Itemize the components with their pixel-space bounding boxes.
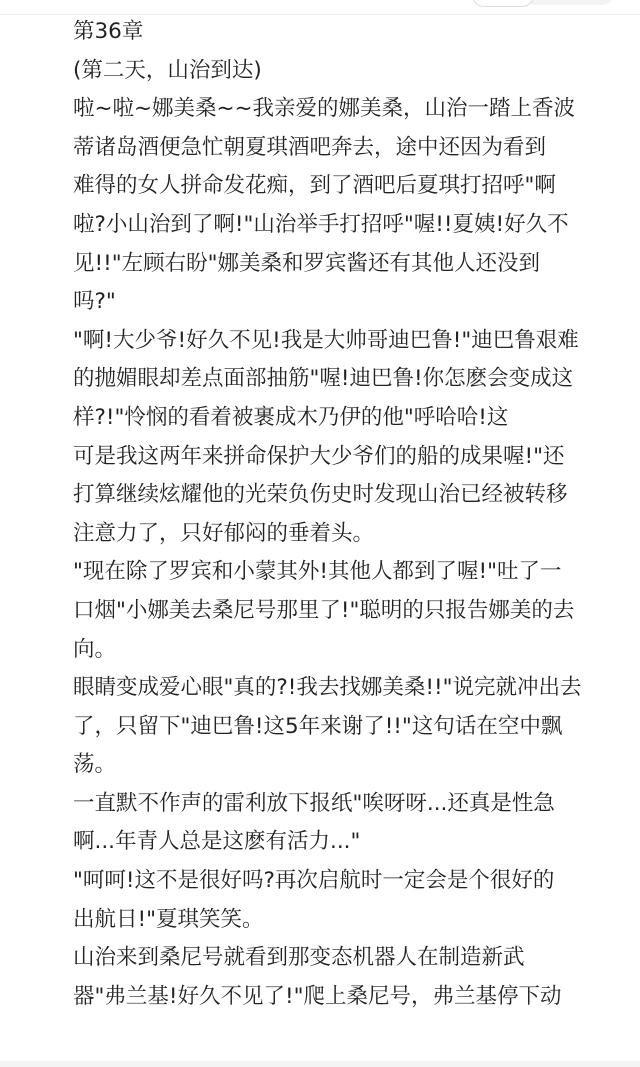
text-line: 啊...年青人总是这麽有活力..." [73,823,613,862]
top-pill-button-secondary[interactable] [525,0,613,5]
text-line: 器"弗兰基!好久不见了!"爬上桑尼号，弗兰基停下动 [73,978,613,1017]
text-line: (第二天，山治到达) [73,52,613,91]
text-line: 了，只留下"迪巴鲁!这5年来谢了!!"这句话在空中飘 [73,708,613,747]
text-line: 口烟"小娜美去桑尼号那里了!"聪明的只报告娜美的去 [73,592,613,631]
bottom-bar [0,1061,640,1067]
text-line: 一直默不作声的雷利放下报纸"唉呀呀...还真是性急 [73,785,613,824]
text-line: 荡。 [73,746,613,785]
text-line: 可是我这两年来拼命保护大少爷们的船的成果喔!"还 [73,438,613,477]
text-line: 出航日!"夏琪笑笑。 [73,901,613,940]
text-line: 向。 [73,631,613,670]
text-line: 山治来到桑尼号就看到那变态机器人在制造新武 [73,939,613,978]
text-line: 啦?小山治到了啊!"山治举手打招呼"喔!!夏姨!好久不 [73,206,613,245]
text-line: "啊!大少爷!好久不见!我是大帅哥迪巴鲁!"迪巴鲁艰难 [73,322,613,361]
top-pill-button-primary[interactable] [472,0,534,7]
text-line: 的抛媚眼却差点面部抽筋"喔!迪巴鲁!你怎麽会变成这 [73,360,613,399]
text-line: 蒂诸岛酒便急忙朝夏琪酒吧奔去，途中还因为看到 [73,129,613,168]
text-line: 眼睛变成爱心眼"真的?!我去找娜美桑!!"说完就冲出去 [73,669,613,708]
chapter-title: 第36章 [73,13,613,52]
text-line: 打算继续炫耀他的光荣负伤史时发现山治已经被转移 [73,476,613,515]
text-line: 难得的女人拼命发花痴，到了酒吧后夏琪打招呼"啊 [73,167,613,206]
text-line: "呵呵!这不是很好吗?再次启航时一定会是个很好的 [73,862,613,901]
text-line: 啦~啦~娜美桑~~我亲爱的娜美桑，山治一踏上香波 [73,90,613,129]
text-line: 注意力了，只好郁闷的垂着头。 [73,515,613,554]
text-line: 见!!"左顾右盼"娜美桑和罗宾酱还有其他人还没到 [73,245,613,284]
text-line: "现在除了罗宾和小蒙其外!其他人都到了喔!"吐了一 [73,553,613,592]
text-line: 样?!"怜悯的看着被裹成木乃伊的他"呼哈哈!这 [73,399,613,438]
document-body: 第36章 (第二天，山治到达) 啦~啦~娜美桑~~我亲爱的娜美桑，山治一踏上香波… [73,13,613,1016]
text-line: 吗?" [73,283,613,322]
